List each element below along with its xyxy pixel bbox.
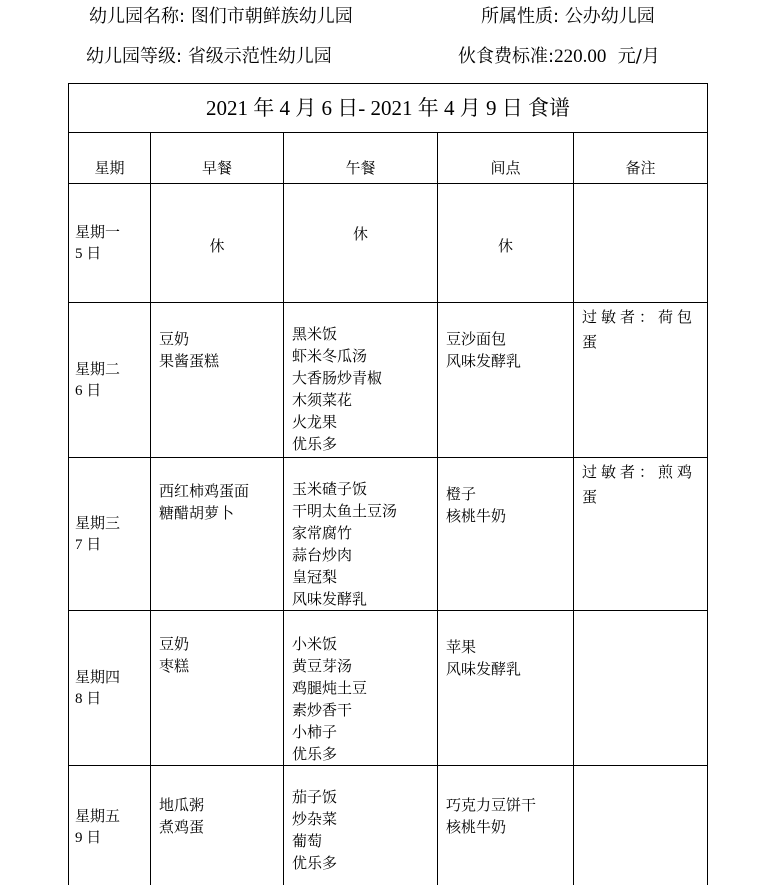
kindergarten-grade: 幼儿园等级: 省级示范性幼儿园	[86, 46, 332, 68]
meal-fee: 伙食费标准:220.00 元/月	[458, 46, 660, 68]
lunch-item: 木须菜花	[292, 389, 437, 411]
note-text	[574, 611, 707, 613]
col-header-note: 备注	[574, 133, 708, 184]
kindergarten-nature-label: 所属性质:	[481, 6, 559, 27]
meal-fee-label: 伙食费标准:	[458, 46, 554, 67]
lunch-item: 虾米冬瓜汤	[292, 345, 437, 367]
snack-item: 风味发酵乳	[446, 658, 573, 680]
snack-item: 休	[438, 229, 573, 257]
kindergarten-name: 幼儿园名称: 图们市朝鲜族幼儿园	[89, 6, 353, 28]
breakfast-item: 豆奶	[159, 633, 283, 655]
snack-item: 巧克力豆饼干	[446, 794, 573, 816]
kindergarten-grade-value: 省级示范性幼儿园	[188, 46, 332, 67]
breakfast-cell: 豆奶 果酱蛋糕	[151, 303, 284, 458]
note-cell	[574, 184, 708, 303]
breakfast-cell: 休	[151, 184, 284, 303]
snack-cell: 巧克力豆饼干 核桃牛奶	[438, 766, 574, 885]
lunch-cell: 玉米碴子饭 干明太鱼土豆汤 家常腐竹 蒜台炒肉 皇冠梨 风味发酵乳	[284, 458, 438, 611]
day-cell: 星期三 7 日	[69, 458, 151, 611]
lunch-item: 茄子饭	[292, 786, 437, 808]
snack-cell: 豆沙面包 风味发酵乳	[438, 303, 574, 458]
table-row: 星期四 8 日 豆奶 枣糕 小米饭 黄豆芽汤 鸡腿炖土豆 素炒香干 小柿子 优乐…	[69, 611, 708, 766]
note-text: 过敏者：煎鸡蛋	[574, 458, 707, 510]
kindergarten-nature-value: 公办幼儿园	[565, 6, 655, 27]
lunch-item: 休	[284, 223, 437, 263]
col-header-day: 星期	[69, 133, 151, 184]
day-label: 星期四	[75, 666, 150, 688]
date-label: 6 日	[75, 380, 150, 402]
lunch-item: 小柿子	[292, 721, 437, 743]
date-label: 8 日	[75, 688, 150, 710]
lunch-item: 炒杂菜	[292, 808, 437, 830]
lunch-cell: 茄子饭 炒杂菜 葡萄 优乐多	[284, 766, 438, 885]
date-label: 9 日	[75, 827, 150, 849]
lunch-item: 干明太鱼土豆汤	[292, 500, 437, 522]
breakfast-cell: 西红柿鸡蛋面 糖醋胡萝卜	[151, 458, 284, 611]
meal-fee-value: 220.00	[554, 46, 606, 67]
note-text	[574, 184, 707, 186]
col-header-breakfast-label: 早餐	[151, 157, 283, 183]
lunch-item: 蒜台炒肉	[292, 544, 437, 566]
meal-fee-unit: 元/月	[618, 46, 660, 67]
lunch-item: 风味发酵乳	[292, 588, 437, 610]
breakfast-item: 地瓜粥	[159, 794, 283, 816]
breakfast-item: 豆奶	[159, 328, 283, 350]
day-label: 星期一	[75, 221, 150, 243]
breakfast-cell: 地瓜粥 煮鸡蛋	[151, 766, 284, 885]
note-cell: 过敏者：煎鸡蛋	[574, 458, 708, 611]
lunch-item: 优乐多	[292, 852, 437, 874]
header-row: 星期 早餐 午餐 间点 备注	[69, 133, 708, 184]
menu-title: 2021 年 4 月 6 日- 2021 年 4 月 9 日 食谱	[69, 84, 708, 133]
lunch-cell: 休	[284, 184, 438, 303]
date-label: 5 日	[75, 243, 150, 265]
breakfast-item: 果酱蛋糕	[159, 350, 283, 372]
lunch-item: 皇冠梨	[292, 566, 437, 588]
day-cell: 星期五 9 日	[69, 766, 151, 885]
lunch-item: 优乐多	[292, 433, 437, 455]
snack-item: 豆沙面包	[446, 328, 573, 350]
snack-item: 苹果	[446, 636, 573, 658]
note-cell	[574, 611, 708, 766]
table-row: 星期三 7 日 西红柿鸡蛋面 糖醋胡萝卜 玉米碴子饭 干明太鱼土豆汤 家常腐竹 …	[69, 458, 708, 611]
col-header-snack: 间点	[438, 133, 574, 184]
snack-cell: 橙子 核桃牛奶	[438, 458, 574, 611]
lunch-item: 大香肠炒青椒	[292, 367, 437, 389]
lunch-item: 玉米碴子饭	[292, 478, 437, 500]
day-label: 星期五	[75, 805, 150, 827]
col-header-snack-label: 间点	[438, 157, 573, 183]
lunch-item: 小米饭	[292, 633, 437, 655]
lunch-cell: 小米饭 黄豆芽汤 鸡腿炖土豆 素炒香干 小柿子 优乐多	[284, 611, 438, 766]
snack-item: 风味发酵乳	[446, 350, 573, 372]
breakfast-item: 糖醋胡萝卜	[159, 502, 283, 524]
breakfast-item: 枣糕	[159, 655, 283, 677]
snack-item: 橙子	[446, 483, 573, 505]
col-header-lunch: 午餐	[284, 133, 438, 184]
lunch-item: 优乐多	[292, 743, 437, 765]
note-text: 过敏者：荷包蛋	[574, 303, 707, 355]
col-header-day-label: 星期	[69, 157, 150, 183]
col-header-note-label: 备注	[574, 157, 707, 183]
table-row: 星期一 5 日 休 休 休	[69, 184, 708, 303]
breakfast-item: 西红柿鸡蛋面	[159, 480, 283, 502]
lunch-item: 素炒香干	[292, 699, 437, 721]
note-cell: 过敏者：荷包蛋	[574, 303, 708, 458]
lunch-item: 鸡腿炖土豆	[292, 677, 437, 699]
lunch-item: 火龙果	[292, 411, 437, 433]
kindergarten-name-value: 图们市朝鲜族幼儿园	[191, 6, 353, 27]
lunch-item: 葡萄	[292, 830, 437, 852]
snack-cell: 苹果 风味发酵乳	[438, 611, 574, 766]
kindergarten-nature: 所属性质: 公办幼儿园	[481, 6, 655, 28]
title-row: 2021 年 4 月 6 日- 2021 年 4 月 9 日 食谱	[69, 84, 708, 133]
snack-cell: 休	[438, 184, 574, 303]
snack-item: 核桃牛奶	[446, 816, 573, 838]
lunch-cell: 黑米饭 虾米冬瓜汤 大香肠炒青椒 木须菜花 火龙果 优乐多	[284, 303, 438, 458]
col-header-lunch-label: 午餐	[284, 157, 437, 183]
day-label: 星期二	[75, 358, 150, 380]
day-cell: 星期二 6 日	[69, 303, 151, 458]
day-cell: 星期四 8 日	[69, 611, 151, 766]
lunch-item: 黑米饭	[292, 323, 437, 345]
breakfast-cell: 豆奶 枣糕	[151, 611, 284, 766]
lunch-item: 黄豆芽汤	[292, 655, 437, 677]
note-text	[574, 766, 707, 768]
menu-table: 2021 年 4 月 6 日- 2021 年 4 月 9 日 食谱 星期 早餐 …	[68, 83, 708, 885]
kindergarten-grade-label: 幼儿园等级:	[86, 46, 182, 67]
breakfast-item: 休	[151, 229, 283, 257]
lunch-item: 家常腐竹	[292, 522, 437, 544]
date-label: 7 日	[75, 534, 150, 556]
note-cell	[574, 766, 708, 885]
kindergarten-name-label: 幼儿园名称:	[89, 6, 185, 27]
table-row: 星期五 9 日 地瓜粥 煮鸡蛋 茄子饭 炒杂菜 葡萄 优乐多 巧克力豆饼干 核桃…	[69, 766, 708, 885]
breakfast-item: 煮鸡蛋	[159, 816, 283, 838]
snack-item: 核桃牛奶	[446, 505, 573, 527]
table-row: 星期二 6 日 豆奶 果酱蛋糕 黑米饭 虾米冬瓜汤 大香肠炒青椒 木须菜花 火龙…	[69, 303, 708, 458]
day-cell: 星期一 5 日	[69, 184, 151, 303]
col-header-breakfast: 早餐	[151, 133, 284, 184]
day-label: 星期三	[75, 512, 150, 534]
